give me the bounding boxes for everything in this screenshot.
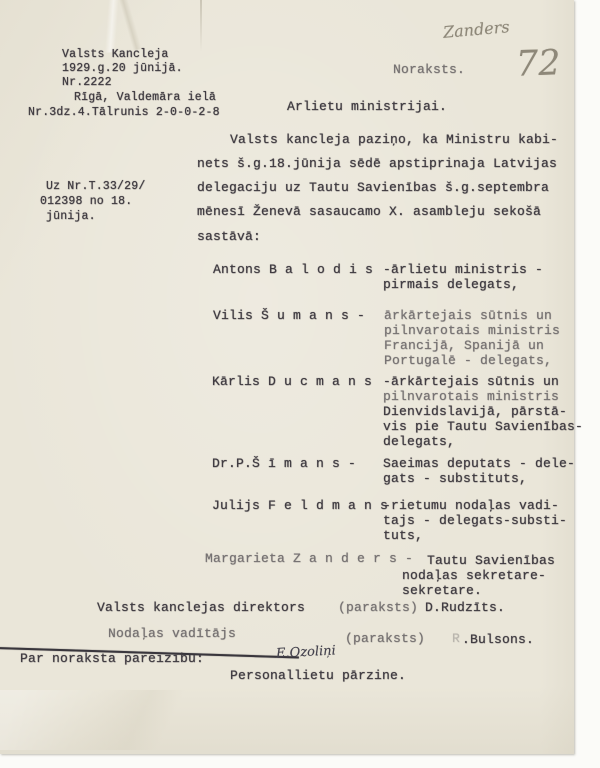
signature-initial-faded: R: [452, 631, 460, 646]
delegate-desc-line: ārkārtejais sūtnis un: [384, 308, 552, 323]
scanned-document: Zanders 72 Valsts Kancleja 1929.g.20 jūn…: [0, 0, 600, 768]
delegate-name: Margarieta Z a n d e r s -: [205, 551, 413, 566]
delegate-desc-line: Tautu Savienības: [427, 553, 555, 568]
letterhead-address2: Nr.3dz.4.Tālrunis 2-0-0-2-8: [28, 106, 220, 119]
signature-name: D.Rudzīts.: [425, 600, 505, 615]
signature-paraksts: (paraksts): [338, 600, 418, 615]
reference-line: jūnija.: [46, 210, 96, 223]
delegate-desc-line: delegats,: [383, 434, 455, 449]
letterhead-number: Nr.2222: [62, 76, 112, 89]
delegate-desc-line: sekretare.: [402, 583, 482, 598]
body-line: mēnesī Ženevā sasaucamo X. asambleju sek…: [197, 204, 541, 219]
reference-line: 012398 no 18.: [40, 195, 132, 208]
signature-paraksts: (paraksts): [345, 631, 425, 646]
body-line: nets š.g.18.jūnija sēdē apstiprinaja Lat…: [197, 156, 557, 171]
pencil-page-number: 72: [515, 43, 561, 85]
delegate-name: Dr.P.Š ī m a n s -: [212, 456, 356, 471]
delegate-desc-line: pilnvarotais ministris: [384, 323, 560, 338]
delegate-desc-line: pirmais delegats,: [383, 277, 519, 292]
delegate-desc-line: -rietumu nodaļas vadi-: [383, 498, 559, 513]
delegate-desc-line: -ārlietu ministris -: [383, 262, 543, 277]
delegate-desc-line: Dienvidslavijā, pārstā-: [383, 404, 567, 419]
letterhead-org: Valsts Kancleja: [62, 48, 169, 61]
letterhead-date: 1929.g.20 jūnijā.: [62, 62, 183, 75]
reference-line: Uz Nr.T.33/29/: [46, 180, 145, 193]
paper-crease: [0, 690, 190, 750]
signature-title: Nodaļas vadītājs: [108, 626, 236, 641]
signature-title: Valsts kanclejas direktors: [97, 600, 305, 615]
delegate-name: Antons B a l o d i s: [213, 262, 373, 277]
body-line: sastāvā:: [197, 229, 261, 244]
body-line: Valsts kancleja paziņo, ka Ministru kabi…: [230, 132, 558, 147]
paper-sheet: Zanders 72 Valsts Kancleja 1929.g.20 jūn…: [0, 0, 574, 754]
paper-crease: [200, 0, 202, 52]
delegate-desc-line: Saeimas deputats - dele-: [383, 456, 575, 471]
recipient-line: Arlietu ministrijai.: [287, 99, 447, 114]
delegate-name: Kārlis D u c m a n s: [212, 374, 372, 389]
delegate-desc-line: gats - substituts,: [383, 471, 527, 486]
delegate-desc-line: pilnvarotais ministris: [383, 389, 559, 404]
delegate-desc-line: tajs - delegats-substi-: [383, 513, 567, 528]
delegate-desc-line: -ārkārtejais sūtnis un: [383, 374, 559, 389]
delegate-desc-line: Portugalē - delegats,: [384, 353, 552, 368]
signature-name: .Bulsons.: [462, 632, 534, 647]
delegate-desc-line: tuts,: [383, 528, 423, 543]
body-line: delegaciju uz Tautu Savienības š.g.septe…: [197, 180, 549, 195]
delegate-desc-line: nodaļas sekretare-: [402, 568, 546, 583]
certification-label: Par noraksta pareizību:: [20, 651, 204, 666]
letterhead-address: Rīgā, Valdemāra ielā: [74, 91, 216, 104]
pencil-annotation-name: Zanders: [442, 17, 510, 42]
certification-role: Personallietu pārzine.: [230, 668, 406, 683]
delegate-desc-line: vis pie Tautu Savienības-: [383, 419, 583, 434]
delegate-name: Julijs F e l d m a n s: [212, 498, 388, 513]
delegate-name: Vilis Š u m a n s -: [213, 308, 365, 323]
handwritten-signature: E.Ozoliņi: [276, 643, 337, 661]
copy-label: Noraksts.: [393, 62, 465, 77]
delegate-desc-line: Francijā, Spanijā un: [384, 338, 544, 353]
